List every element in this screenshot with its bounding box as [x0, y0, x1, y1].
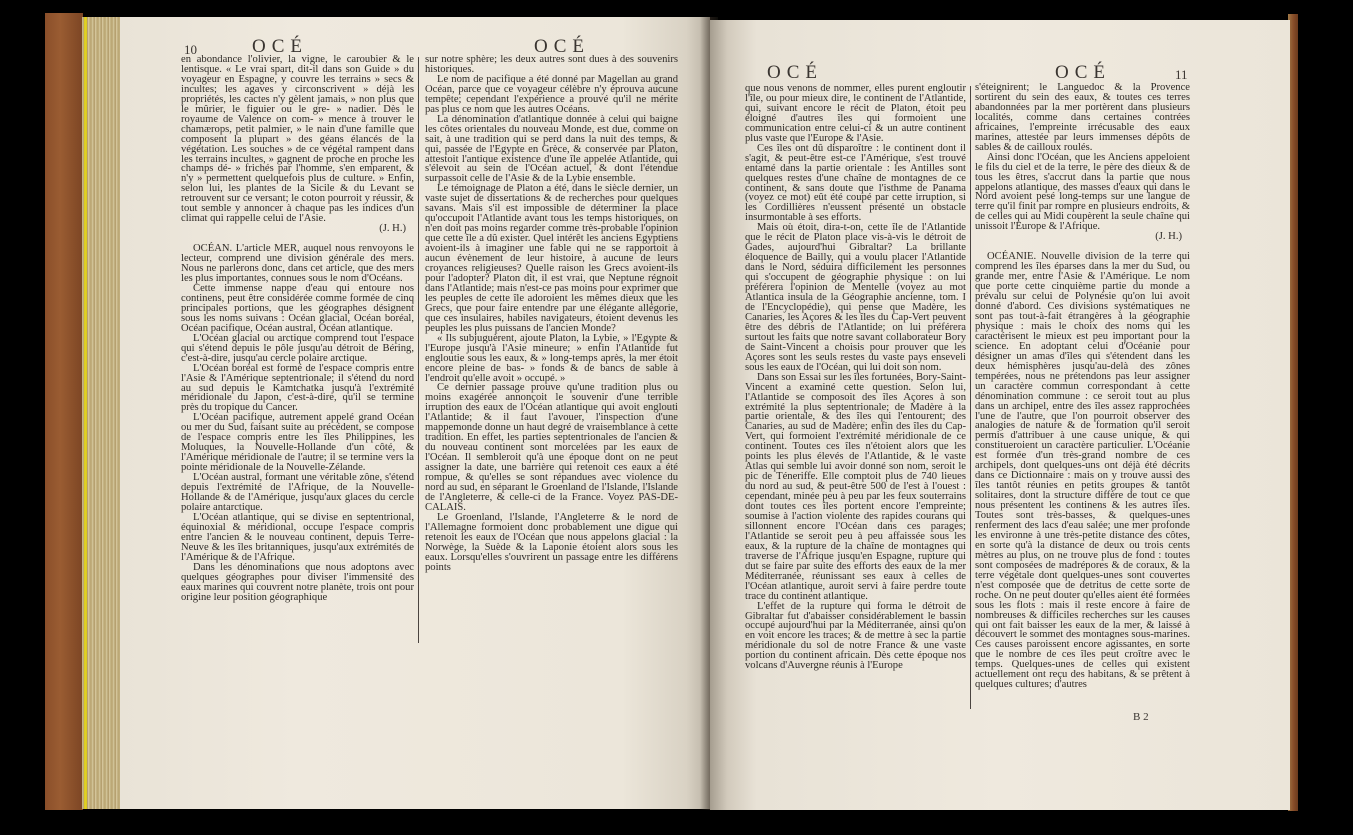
paragraph: L'Océan glacial ou arctique comprend tou… [181, 334, 414, 364]
signature-mark: B 2 [1133, 711, 1149, 723]
article-entry: OCÉAN. L'article MER, auquel nous renvoy… [181, 244, 414, 284]
paragraph: Mais où étoit, dira-t-on, cette île de l… [745, 223, 966, 372]
paragraph: « Ils subjuguèrent, ajoute Platon, la Ly… [425, 334, 678, 384]
paragraph: L'Océan pacifique, autrement appelé gran… [181, 413, 414, 473]
paragraph: L'Océan atlantique, qui se divise en sep… [181, 513, 414, 563]
author-signature: (J. H.) [181, 224, 414, 234]
paragraph: Le témoignage de Platon a été, dans le s… [425, 184, 678, 333]
article-entry: OCÉANIE. Nouvelle division de la terre q… [975, 252, 1190, 690]
paragraph: Le Groenland, l'Islande, l'Angleterre & … [425, 513, 678, 573]
running-head: OCÉ [1055, 62, 1111, 84]
text-column-right-1: que nous venons de nommer, elles purent … [745, 84, 966, 671]
paragraph: Ainsi donc l'Océan, que les Anciens appe… [975, 153, 1190, 233]
paragraph: Le nom de pacifique a été donné par Mage… [425, 75, 678, 115]
paragraph-continuation: en abondance l'olivier, la vigne, le car… [181, 55, 414, 224]
paragraph: Dans les dénominations que nous adoptons… [181, 563, 414, 603]
running-head: OCÉ [767, 62, 823, 84]
author-signature: (J. H.) [975, 232, 1190, 242]
paragraph: L'Océan austral, formant une véritable z… [181, 473, 414, 513]
paragraph: Cette immense nappe d'eau qui entoure no… [181, 284, 414, 334]
text-column-left-2: sur notre sphère; les deux autres sont d… [425, 55, 678, 573]
page-number-right: 11 [1175, 67, 1188, 83]
paragraph: L'effet de la rupture qui forma le détro… [745, 602, 966, 672]
paragraph: La dénomination d'atlantique donnée à ce… [425, 115, 678, 185]
leather-cover-edge [45, 13, 83, 810]
page-edges [82, 17, 120, 809]
text-column-right-2: s'éteignirent; le Languedoc & la Provenc… [975, 83, 1190, 690]
paragraph: Dans son Essai sur les îles fortunées, B… [745, 373, 966, 602]
book-spread: 10 OCÉ OCÉ en abondance l'olivier, la vi… [0, 0, 1353, 835]
column-rule [970, 86, 971, 709]
paragraph-continuation: sur notre sphère; les deux autres sont d… [425, 55, 678, 75]
paragraph-continuation: que nous venons de nommer, elles purent … [745, 84, 966, 144]
column-rule [418, 57, 419, 643]
paragraph: L'Océan boréal est formé de l'espace com… [181, 364, 414, 414]
paragraph: Ce dernier passage prouve qu'une traditi… [425, 383, 678, 512]
paragraph-continuation: s'éteignirent; le Languedoc & la Provenc… [975, 83, 1190, 153]
text-column-left-1: en abondance l'olivier, la vigne, le car… [181, 55, 414, 602]
paragraph: Ces îles ont dû disparoître : le contine… [745, 144, 966, 224]
